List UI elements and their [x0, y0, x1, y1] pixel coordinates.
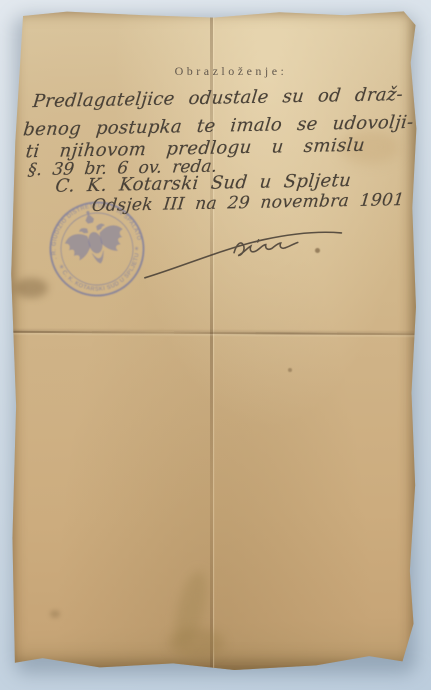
- document-paper: I. R. GIUDIZIO DISTRETTUALE IN SPALATO ✳…: [10, 10, 418, 670]
- signature-scribble: [139, 214, 369, 288]
- handwritten-line: Predlagateljice odustale su od draž-: [32, 84, 404, 112]
- handwritten-body: Predlagateljice odustale su od draž- ben…: [8, 3, 429, 671]
- photo-background: I. R. GIUDIZIO DISTRETTUALE IN SPALATO ✳…: [0, 0, 431, 690]
